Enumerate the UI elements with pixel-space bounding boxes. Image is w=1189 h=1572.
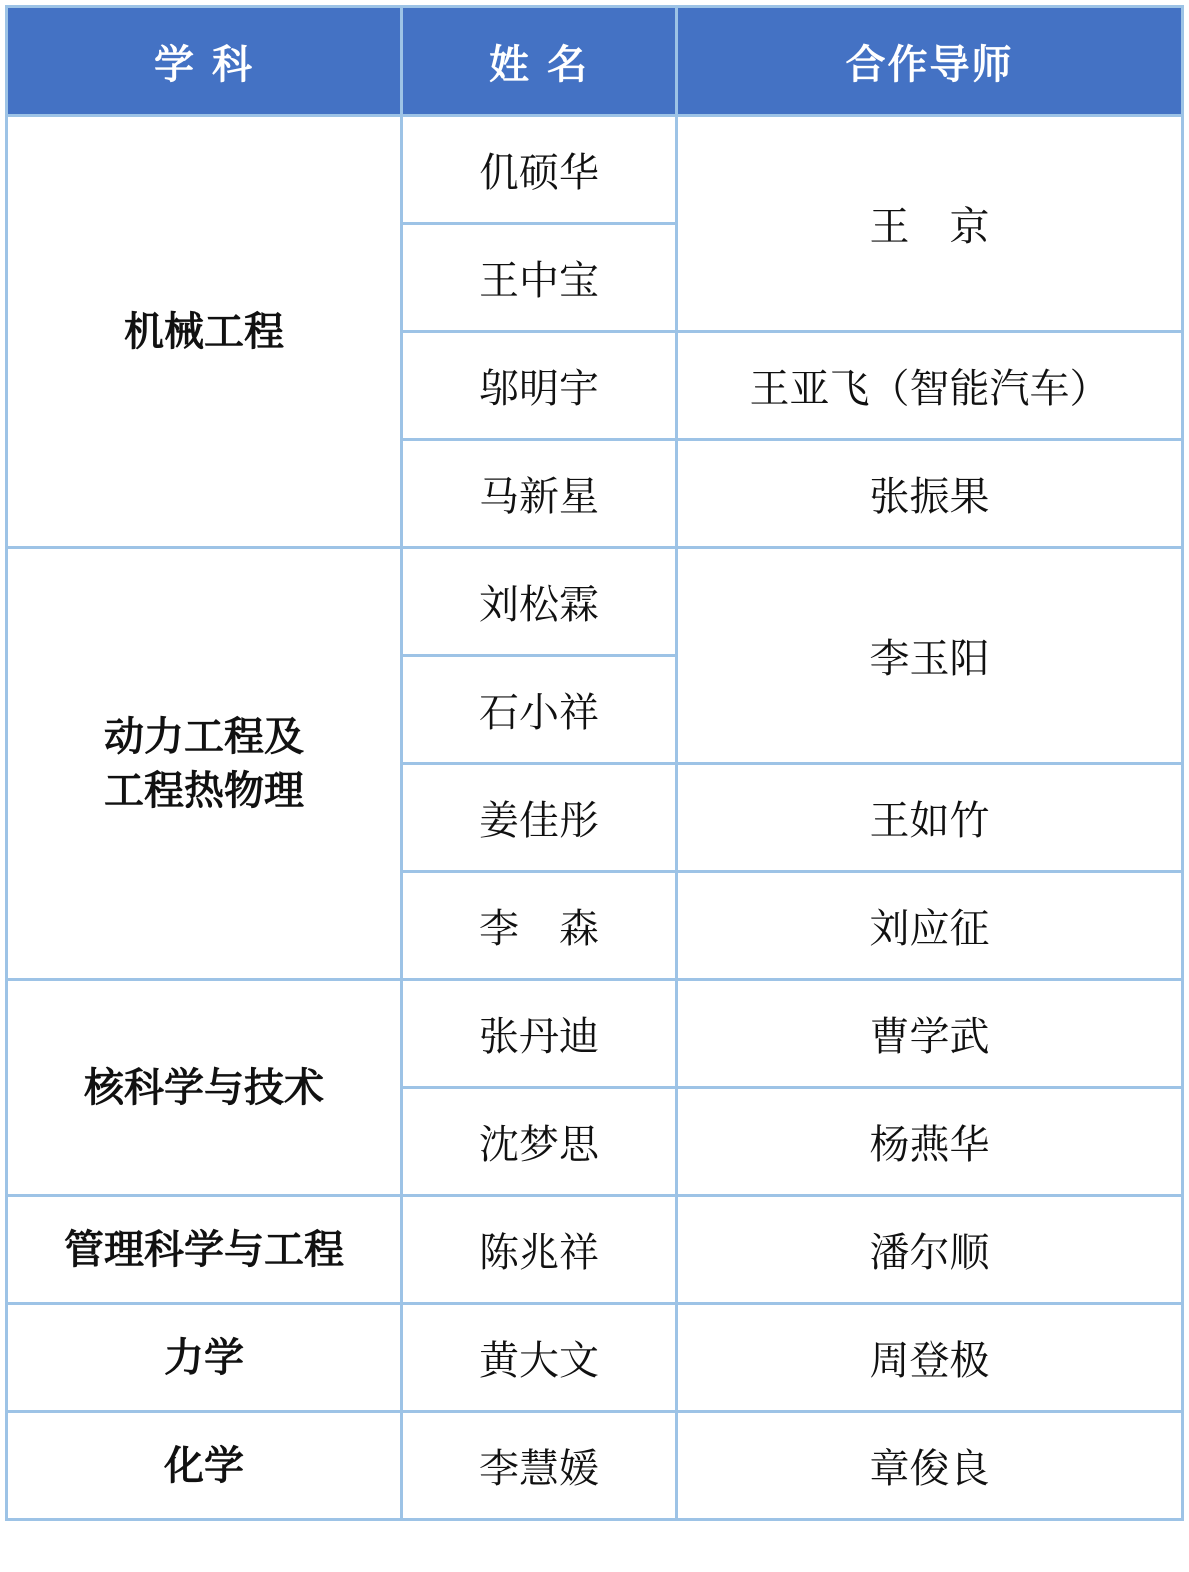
name-cell: 石小祥 (402, 656, 677, 764)
advisor-cell: 王如竹 (677, 764, 1183, 872)
name-cell: 李 森 (402, 872, 677, 980)
name-cell: 张丹迪 (402, 980, 677, 1088)
table-row: 机械工程 仉硕华 王 京 (7, 116, 1183, 224)
name-cell: 黄大文 (402, 1304, 677, 1412)
subject-cell: 力学 (7, 1304, 402, 1412)
advisor-cell: 潘尔顺 (677, 1196, 1183, 1304)
name-cell: 沈梦思 (402, 1088, 677, 1196)
table-row: 力学 黄大文 周登极 (7, 1304, 1183, 1412)
table-row: 核科学与技术 张丹迪 曹学武 (7, 980, 1183, 1088)
advisor-cell: 张振果 (677, 440, 1183, 548)
subject-cell: 管理科学与工程 (7, 1196, 402, 1304)
advisor-cell: 周登极 (677, 1304, 1183, 1412)
header-name: 姓 名 (402, 7, 677, 116)
header-row: 学 科 姓 名 合作导师 (7, 7, 1183, 116)
subject-line-2: 工程热物理 (8, 764, 400, 818)
advisor-cell: 王 京 (677, 116, 1183, 332)
advisor-cell: 王亚飞（智能汽车） (677, 332, 1183, 440)
name-cell: 刘松霖 (402, 548, 677, 656)
header-advisor: 合作导师 (677, 7, 1183, 116)
subject-cell: 化学 (7, 1412, 402, 1520)
advisor-cell: 杨燕华 (677, 1088, 1183, 1196)
advisor-table: 学 科 姓 名 合作导师 机械工程 仉硕华 王 京 王中宝 邬明宇 王亚飞（智能… (5, 5, 1184, 1521)
advisor-cell: 刘应征 (677, 872, 1183, 980)
subject-cell: 动力工程及 工程热物理 (7, 548, 402, 980)
table-row: 管理科学与工程 陈兆祥 潘尔顺 (7, 1196, 1183, 1304)
advisor-cell: 曹学武 (677, 980, 1183, 1088)
advisor-cell: 章俊良 (677, 1412, 1183, 1520)
advisor-cell: 李玉阳 (677, 548, 1183, 764)
name-cell: 姜佳彤 (402, 764, 677, 872)
subject-line-1: 动力工程及 (8, 710, 400, 764)
table-row: 动力工程及 工程热物理 刘松霖 李玉阳 (7, 548, 1183, 656)
name-cell: 王中宝 (402, 224, 677, 332)
name-cell: 李慧媛 (402, 1412, 677, 1520)
table-row: 化学 李慧媛 章俊良 (7, 1412, 1183, 1520)
name-cell: 陈兆祥 (402, 1196, 677, 1304)
subject-cell: 机械工程 (7, 116, 402, 548)
header-subject: 学 科 (7, 7, 402, 116)
name-cell: 马新星 (402, 440, 677, 548)
name-cell: 仉硕华 (402, 116, 677, 224)
name-cell: 邬明宇 (402, 332, 677, 440)
subject-cell: 核科学与技术 (7, 980, 402, 1196)
